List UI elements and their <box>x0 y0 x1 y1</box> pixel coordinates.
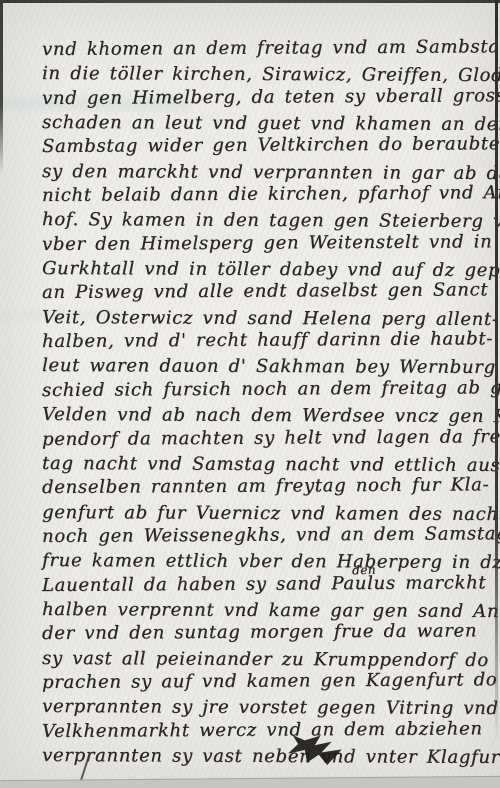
manuscript-line: der vnd den suntag morgen frue da waren <box>42 620 482 647</box>
manuscript-line: Sambstag wider gen Veltkirchen do beraub… <box>42 133 482 160</box>
manuscript-line: vnd khomen an dem freitag vnd am Sambsta… <box>42 35 482 62</box>
manuscript-line: noch gen Weissenegkhs, vnd an dem Samsta… <box>42 522 482 549</box>
manuscript-line: an Pisweg vnd alle endt daselbst gen San… <box>42 279 482 306</box>
manuscript-line: denselben rannten am freytag noch fur Kl… <box>42 473 482 500</box>
scan-edge-right <box>495 0 498 742</box>
scan-edge-top <box>0 0 500 3</box>
manuscript-line: Lauentall da haben sy sand Paulus marckh… <box>42 571 482 598</box>
manuscript-line: vnd gen Himelberg, da teten sy vberall g… <box>42 84 482 111</box>
manuscript-line: nicht belaib dann die kirchen, pfarhof v… <box>42 181 482 208</box>
manuscript-line: pendorf da machten sy helt vnd lagen da … <box>42 425 482 452</box>
scan-edge-left <box>0 0 3 175</box>
manuscript-line: Velkhenmarkht wercz vnd an dem abziehen <box>42 717 482 744</box>
superscript-insertion: den <box>352 563 376 578</box>
manuscript-line: schied sich fursich noch an dem freitag … <box>42 376 482 403</box>
manuscript-text: vnd khomen an dem freitag vnd am Sambsta… <box>42 38 482 768</box>
scan-shadow-bottom <box>0 776 500 788</box>
manuscript-line: halben, vnd d' recht hauff darinn die ha… <box>42 327 482 354</box>
manuscript-line: verprannten sy vast neben vnd vnter Klag… <box>42 744 482 770</box>
manuscript-page: vnd khomen an dem freitag vnd am Sambsta… <box>0 0 500 788</box>
manuscript-line: vber den Himelsperg gen Weitenstelt vnd … <box>42 230 482 257</box>
manuscript-line: prachen sy auf vnd kamen gen Kagenfurt d… <box>42 668 482 695</box>
